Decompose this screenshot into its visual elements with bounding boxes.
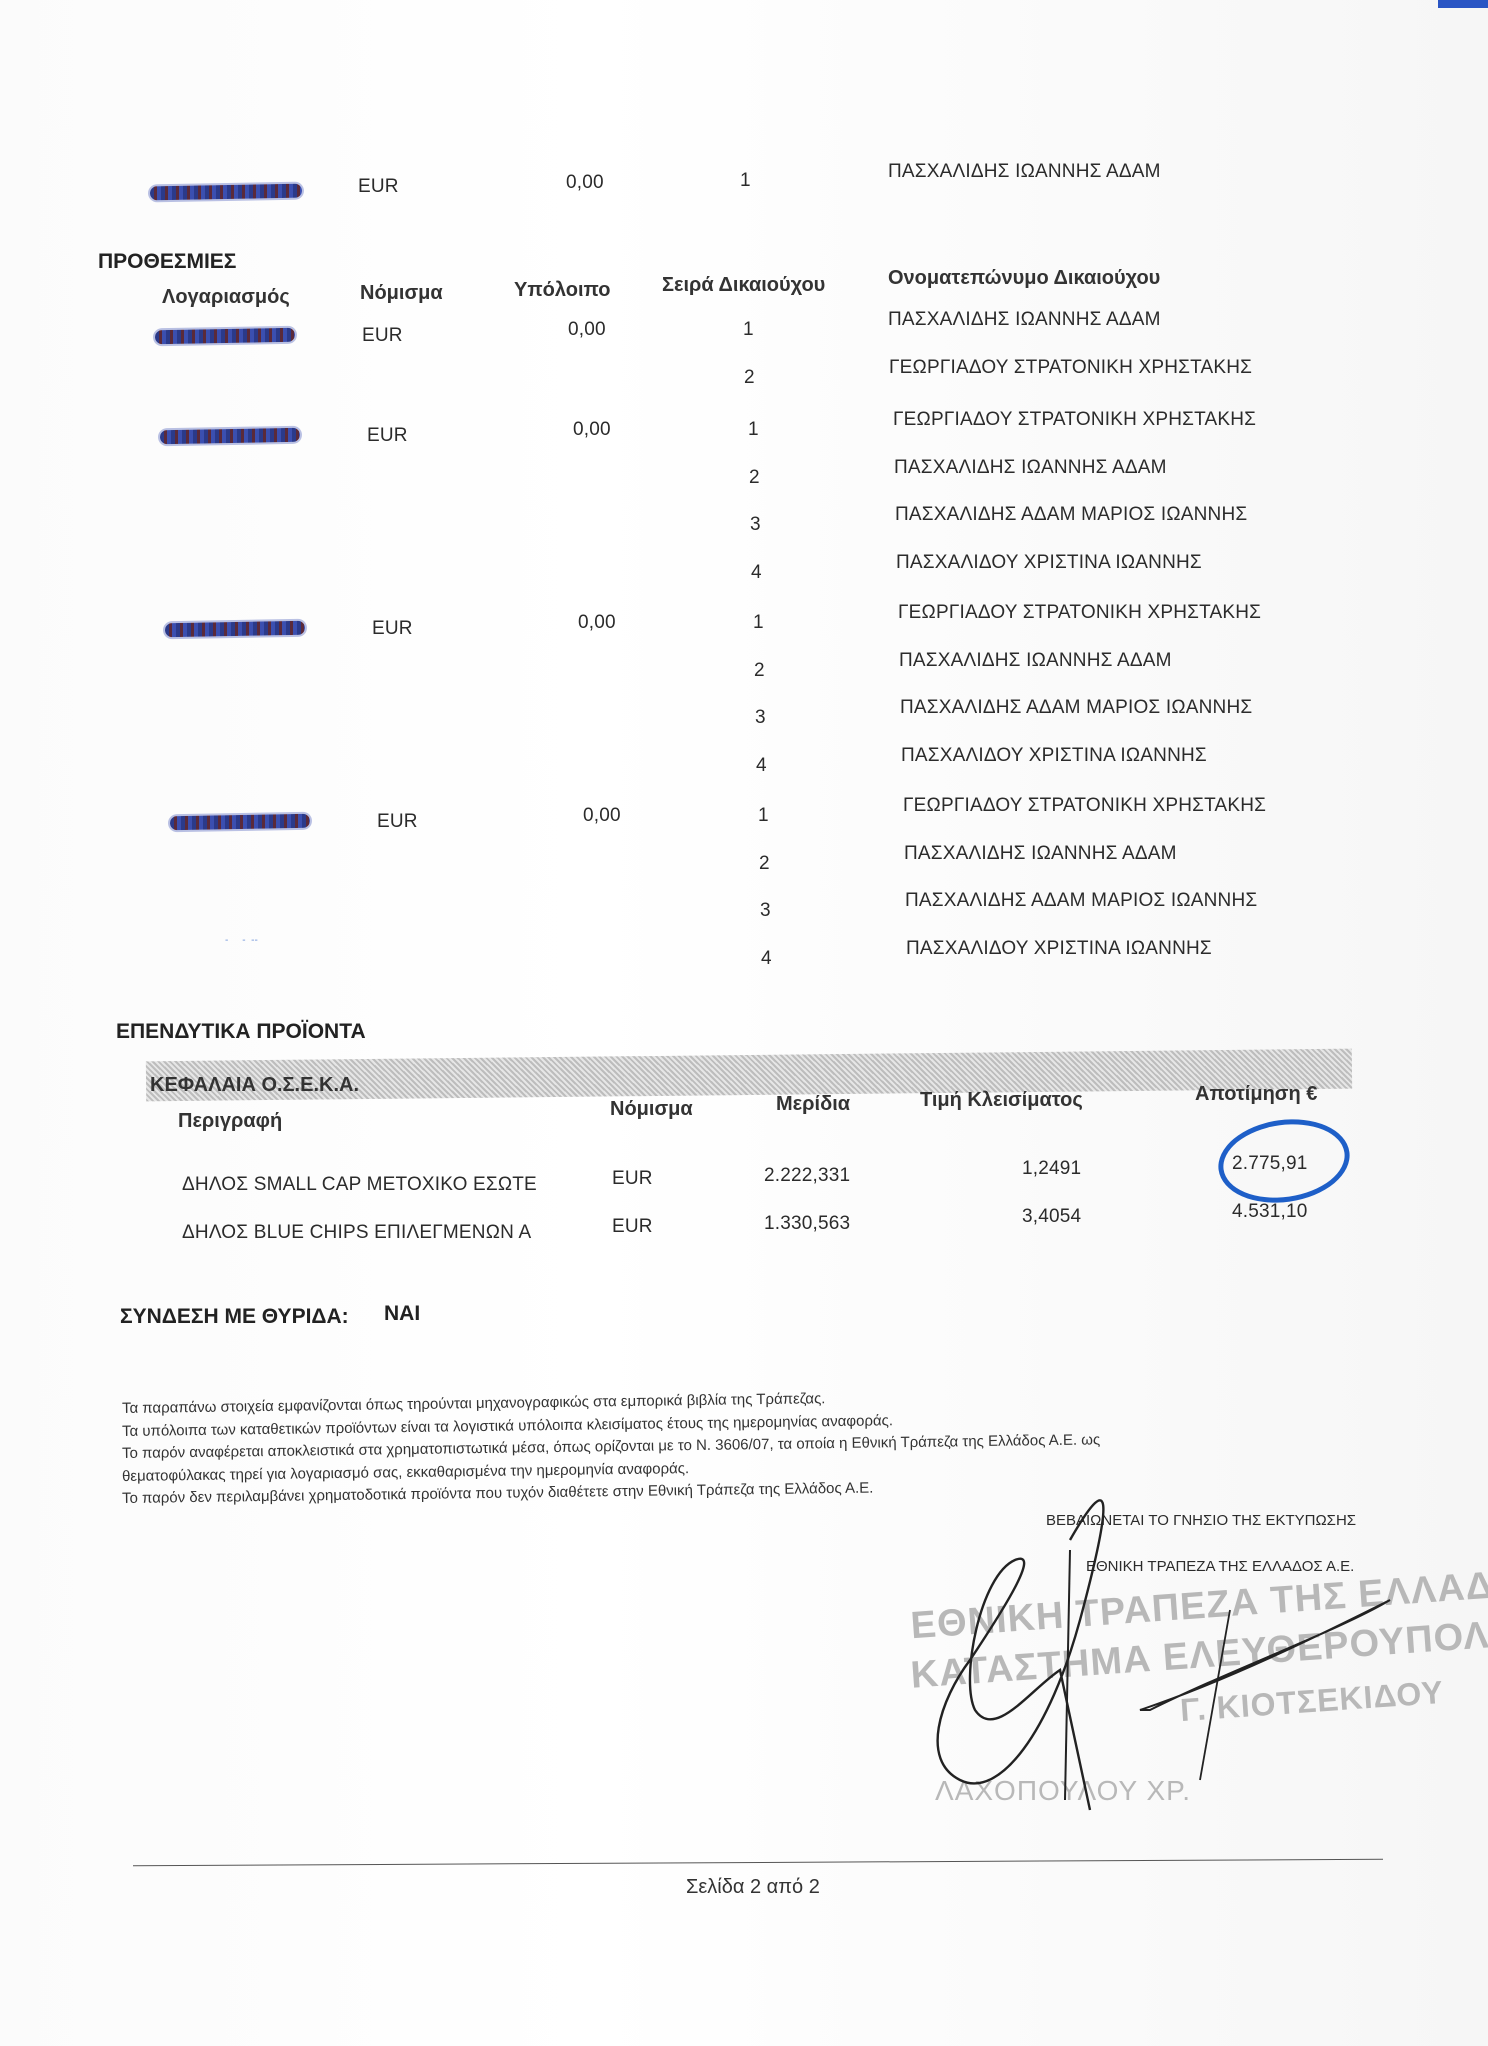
footnote-line: Το παρόν δεν περιλαμβάνει χρηματοδοτικά … — [122, 1480, 874, 1507]
footnote-line: Τα παραπάνω στοιχεία εμφανίζονται όπως τ… — [122, 1390, 826, 1417]
holder-name-cell: ΓΕΩΡΓΙΑΔΟΥ ΣΤΡΑΤΟΝΙΚΗ ΧΡΗΣΤΑΚΗΣ — [889, 357, 1252, 379]
balance-cell: 0,00 — [578, 612, 616, 634]
column-header-valuation: Αποτίμηση € — [1195, 1083, 1317, 1106]
holder-name-cell: ΓΕΩΡΓΙΑΔΟΥ ΣΤΡΑΤΟΝΙΚΗ ΧΡΗΣΤΑΚΗΣ — [898, 602, 1261, 624]
holder-name-cell: ΠΑΣΧΑΛΙΔΗΣ ΙΩΑΝΝΗΣ ΑΔΑΜ — [894, 457, 1167, 479]
holder-order-cell: 2 — [759, 853, 770, 875]
footer-divider — [133, 1859, 1383, 1867]
holder-order-cell: 3 — [760, 900, 771, 922]
handwritten-signature — [900, 1480, 1460, 1820]
holder-name-cell: ΠΑΣΧΑΛΙΔΗΣ ΑΔΑΜ ΜΑΡΙΟΣ ΙΩΑΝΝΗΣ — [905, 890, 1257, 912]
holder-order-cell: 2 — [754, 660, 765, 682]
investments-subtitle: ΚΕΦΑΛΑΙΑ Ο.Σ.Ε.Κ.Α. — [150, 1074, 359, 1097]
investments-section-title: ΕΠΕΝΔΥΤΙΚΑ ΠΡΟΪΟΝΤΑ — [116, 1020, 366, 1044]
close-price-cell: 1,2491 — [1022, 1158, 1081, 1180]
currency-cell: EUR — [612, 1168, 653, 1190]
fund-description-cell: ΔΗΛΟΣ SMALL CAP ΜΕΤΟΧΙΚΟ ΕΣΩΤΕ — [182, 1174, 537, 1196]
fund-description-cell: ΔΗΛΟΣ BLUE CHIPS ΕΠΙΛΕΓΜΕΝΩΝ Α — [182, 1222, 531, 1244]
currency-cell: EUR — [377, 811, 418, 833]
holder-name-cell: ΠΑΣΧΑΛΙΔΟΥ ΧΡΙΣΤΙΝΑ ΙΩΑΝΝΗΣ — [906, 938, 1212, 960]
holder-name-cell: ΠΑΣΧΑΛΙΔΗΣ ΑΔΑΜ ΜΑΡΙΟΣ ΙΩΑΝΝΗΣ — [900, 697, 1252, 719]
close-price-cell: 3,4054 — [1022, 1206, 1081, 1228]
column-header-currency: Νόμισμα — [360, 282, 443, 305]
holder-name-cell: ΠΑΣΧΑΛΙΔΟΥ ΧΡΙΣΤΙΝΑ ΙΩΑΝΝΗΣ — [901, 745, 1207, 767]
balance-cell: 0,00 — [568, 319, 606, 341]
holder-order-cell: 2 — [749, 467, 760, 489]
redacted-account-number — [170, 814, 310, 830]
document-page: EUR 0,00 1 ΠΑΣΧΑΛΙΔΗΣ ΙΩΑΝΝΗΣ ΑΔΑΜ ΠΡΟΘΕ… — [0, 0, 1488, 2046]
column-header-account: Λογαριασμός — [162, 286, 290, 309]
holder-name-cell: ΠΑΣΧΑΛΙΔΟΥ ΧΡΙΣΤΙΝΑ ΙΩΑΝΝΗΣ — [896, 552, 1202, 574]
footnote-line: θεματοφύλακας τηρεί για λογαριασμό σας, … — [122, 1460, 689, 1485]
holder-name-cell: ΠΑΣΧΑΛΙΔΗΣ ΙΩΑΝΝΗΣ ΑΔΑΜ — [899, 650, 1172, 672]
holder-order-cell: 4 — [761, 948, 772, 970]
currency-cell: EUR — [358, 176, 399, 198]
holder-name-cell: ΓΕΩΡΓΙΑΔΟΥ ΣΤΡΑΤΟΝΙΚΗ ΧΡΗΣΤΑΚΗΣ — [893, 409, 1256, 431]
currency-cell: EUR — [612, 1216, 653, 1238]
column-header-currency: Νόμισμα — [610, 1098, 693, 1121]
holder-order-cell: 1 — [740, 170, 751, 192]
balance-cell: 0,00 — [573, 419, 611, 441]
holder-order-cell: 3 — [750, 514, 761, 536]
holder-order-cell: 1 — [748, 419, 759, 441]
currency-cell: EUR — [362, 325, 403, 347]
safebox-value: ΝΑΙ — [384, 1302, 420, 1326]
holder-order-cell: 4 — [751, 562, 762, 584]
holder-order-cell: 1 — [753, 612, 764, 634]
holder-order-cell: 1 — [758, 805, 769, 827]
holder-name-cell: ΓΕΩΡΓΙΑΔΟΥ ΣΤΡΑΤΟΝΙΚΗ ΧΡΗΣΤΑΚΗΣ — [903, 795, 1266, 817]
redacted-account-number — [150, 184, 302, 201]
balance-cell: 0,00 — [583, 805, 621, 827]
column-header-description: Περιγραφή — [178, 1110, 282, 1133]
page-number: Σελίδα 2 από 2 — [686, 1876, 820, 1899]
holder-order-cell: 1 — [743, 319, 754, 341]
holder-name-cell: ΠΑΣΧΑΛΙΔΗΣ ΙΩΑΝΝΗΣ ΑΔΑΜ — [888, 309, 1161, 331]
currency-cell: EUR — [367, 425, 408, 447]
redacted-account-number — [160, 428, 300, 444]
hand-drawn-circle-annotation — [1213, 1111, 1355, 1211]
redacted-account-number — [155, 328, 295, 344]
holder-name-cell: ΠΑΣΧΑΛΙΔΗΣ ΑΔΑΜ ΜΑΡΙΟΣ ΙΩΑΝΝΗΣ — [895, 504, 1247, 526]
column-header-holder-order: Σειρά Δικαιούχου — [662, 274, 825, 297]
holder-order-cell: 2 — [744, 367, 755, 389]
deposits-section-title: ΠΡΟΘΕΣΜΙΕΣ — [98, 250, 236, 274]
holder-name-cell: ΠΑΣΧΑΛΙΔΗΣ ΙΩΑΝΝΗΣ ΑΔΑΜ — [904, 843, 1177, 865]
column-header-balance: Υπόλοιπο — [514, 279, 611, 302]
redacted-account-number — [165, 621, 305, 637]
shares-cell: 2.222,331 — [764, 1165, 850, 1187]
scan-smudge: ‐ ‐ ‐‐ — [225, 935, 258, 946]
holder-order-cell: 4 — [756, 755, 767, 777]
shares-cell: 1.330,563 — [764, 1213, 850, 1235]
safebox-label: ΣΥΝΔΕΣΗ ΜΕ ΘΥΡΙΔΑ: — [120, 1305, 349, 1329]
column-header-holder-name: Ονοματεπώνυμο Δικαιούχου — [888, 267, 1160, 290]
valuation-cell: 4.531,10 — [1232, 1201, 1308, 1223]
holder-order-cell: 3 — [755, 707, 766, 729]
scan-edge-mark — [1438, 0, 1488, 8]
holder-name-cell: ΠΑΣΧΑΛΙΔΗΣ ΙΩΑΝΝΗΣ ΑΔΑΜ — [888, 161, 1161, 183]
column-header-shares: Μερίδια — [776, 1093, 850, 1116]
balance-cell: 0,00 — [566, 172, 604, 194]
column-header-close-price: Τιμή Κλεισίματος — [920, 1089, 1083, 1112]
currency-cell: EUR — [372, 618, 413, 640]
